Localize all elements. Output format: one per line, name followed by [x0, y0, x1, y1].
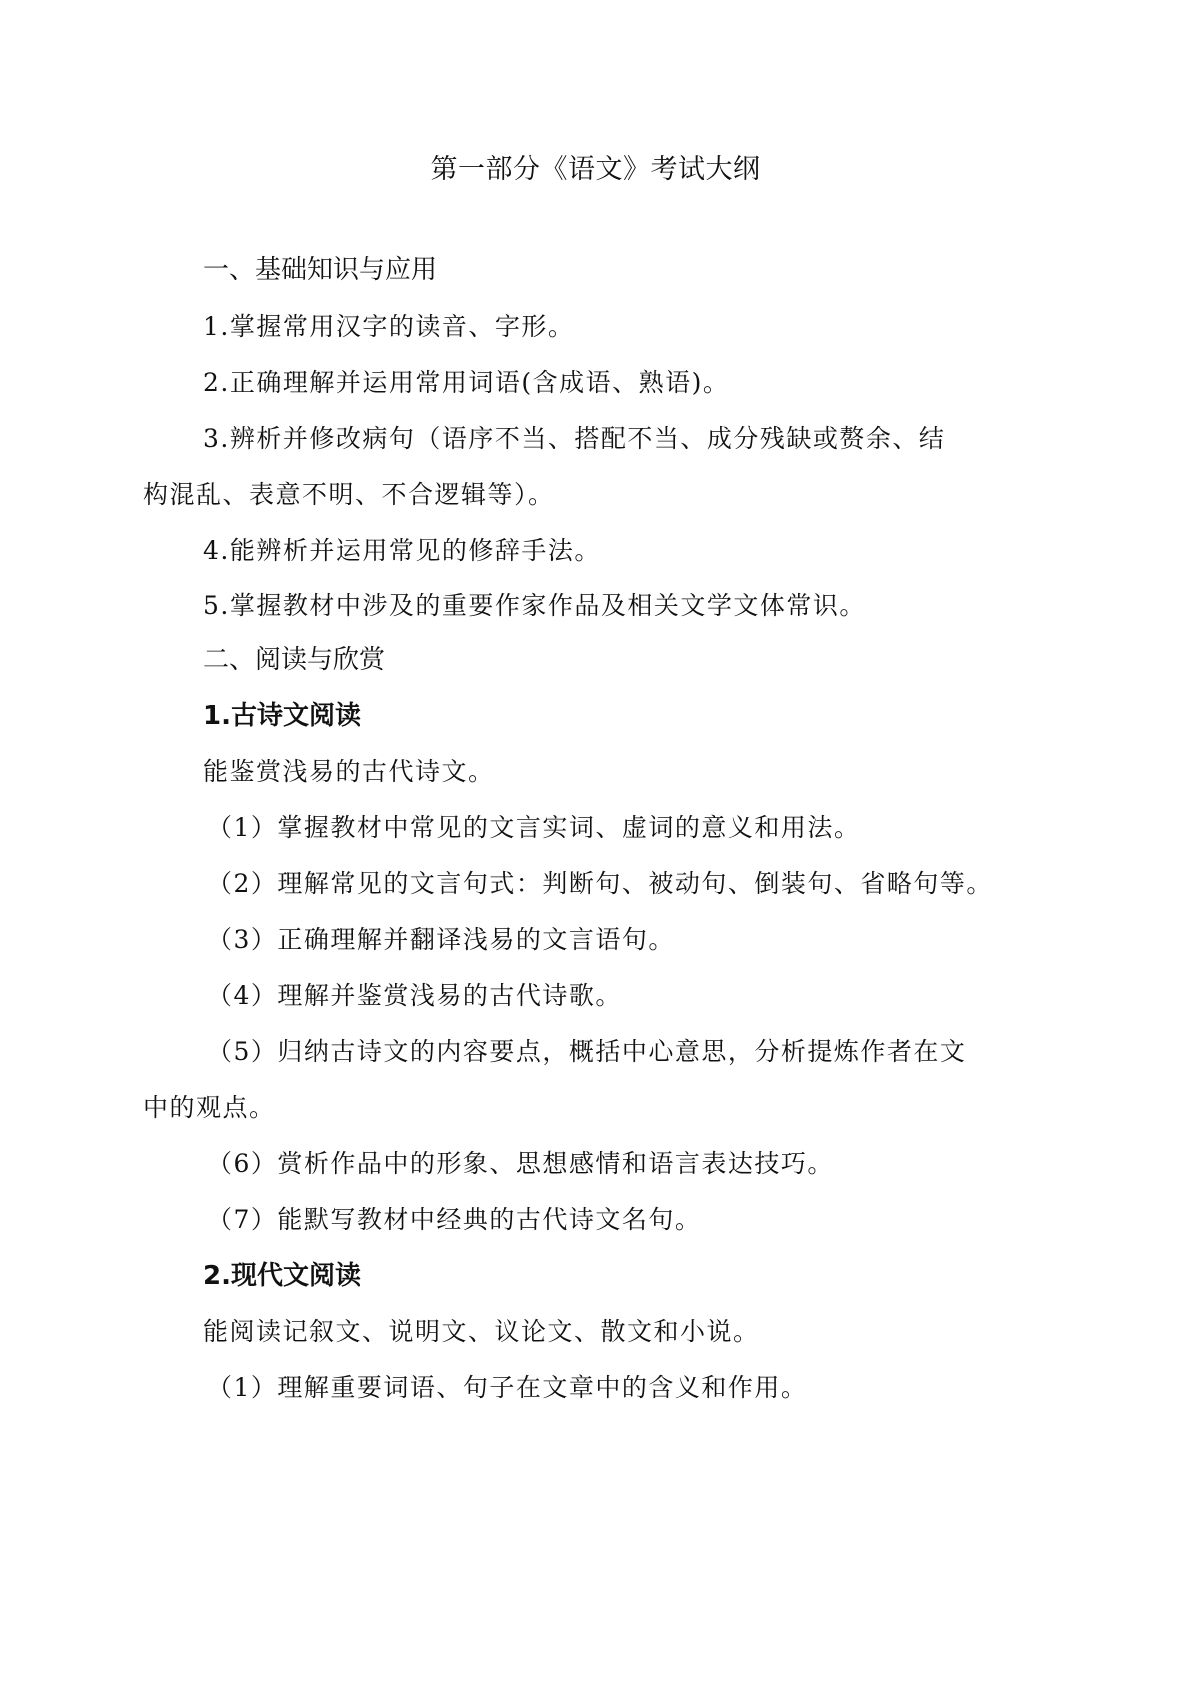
list-item: （3）正确理解并翻译浅易的文言语句。	[207, 925, 675, 955]
section-heading-reading: 二、阅读与欣赏	[203, 645, 385, 675]
list-item: （4）理解并鉴赏浅易的古代诗歌。	[207, 981, 622, 1011]
list-item: （7）能默写教材中经典的古代诗文名句。	[207, 1205, 701, 1235]
subsection-intro: 能鉴赏浅易的古代诗文。	[203, 757, 495, 787]
list-item: （5）归纳古诗文的内容要点，概括中心意思，分析提炼作者在文	[207, 1037, 966, 1067]
list-item: （2）理解常见的文言句式：判断句、被动句、倒装句、省略句等。	[207, 869, 993, 899]
subsection-heading-modern: 2.现代文阅读	[203, 1261, 361, 1291]
list-item: 1.掌握常用汉字的读音、字形。	[203, 312, 574, 342]
list-item-continuation: 中的观点。	[143, 1093, 276, 1123]
list-item: 5.掌握教材中涉及的重要作家作品及相关文学文体常识。	[203, 591, 866, 621]
subsection-heading-classical: 1.古诗文阅读	[203, 701, 361, 731]
section-heading-basics: 一、基础知识与应用	[203, 255, 437, 285]
list-item-continuation: 构混乱、表意不明、不合逻辑等）。	[143, 480, 555, 510]
list-item: 2.正确理解并运用常用词语(含成语、熟语)。	[203, 368, 729, 398]
page-title: 第一部分《语文》考试大纲	[0, 152, 1191, 188]
list-item: （6）赏析作品中的形象、思想感情和语言表达技巧。	[207, 1149, 834, 1179]
list-item: （1）掌握教材中常见的文言实词、虚词的意义和用法。	[207, 813, 860, 843]
list-item: 3.辨析并修改病句（语序不当、搭配不当、成分残缺或赘余、结	[203, 424, 945, 454]
list-item: （1）理解重要词语、句子在文章中的含义和作用。	[207, 1373, 807, 1403]
list-item: 4.能辨析并运用常见的修辞手法。	[203, 536, 601, 566]
document-page: 第一部分《语文》考试大纲 一、基础知识与应用 1.掌握常用汉字的读音、字形。 2…	[0, 0, 1191, 1684]
subsection-intro: 能阅读记叙文、说明文、议论文、散文和小说。	[203, 1317, 760, 1347]
